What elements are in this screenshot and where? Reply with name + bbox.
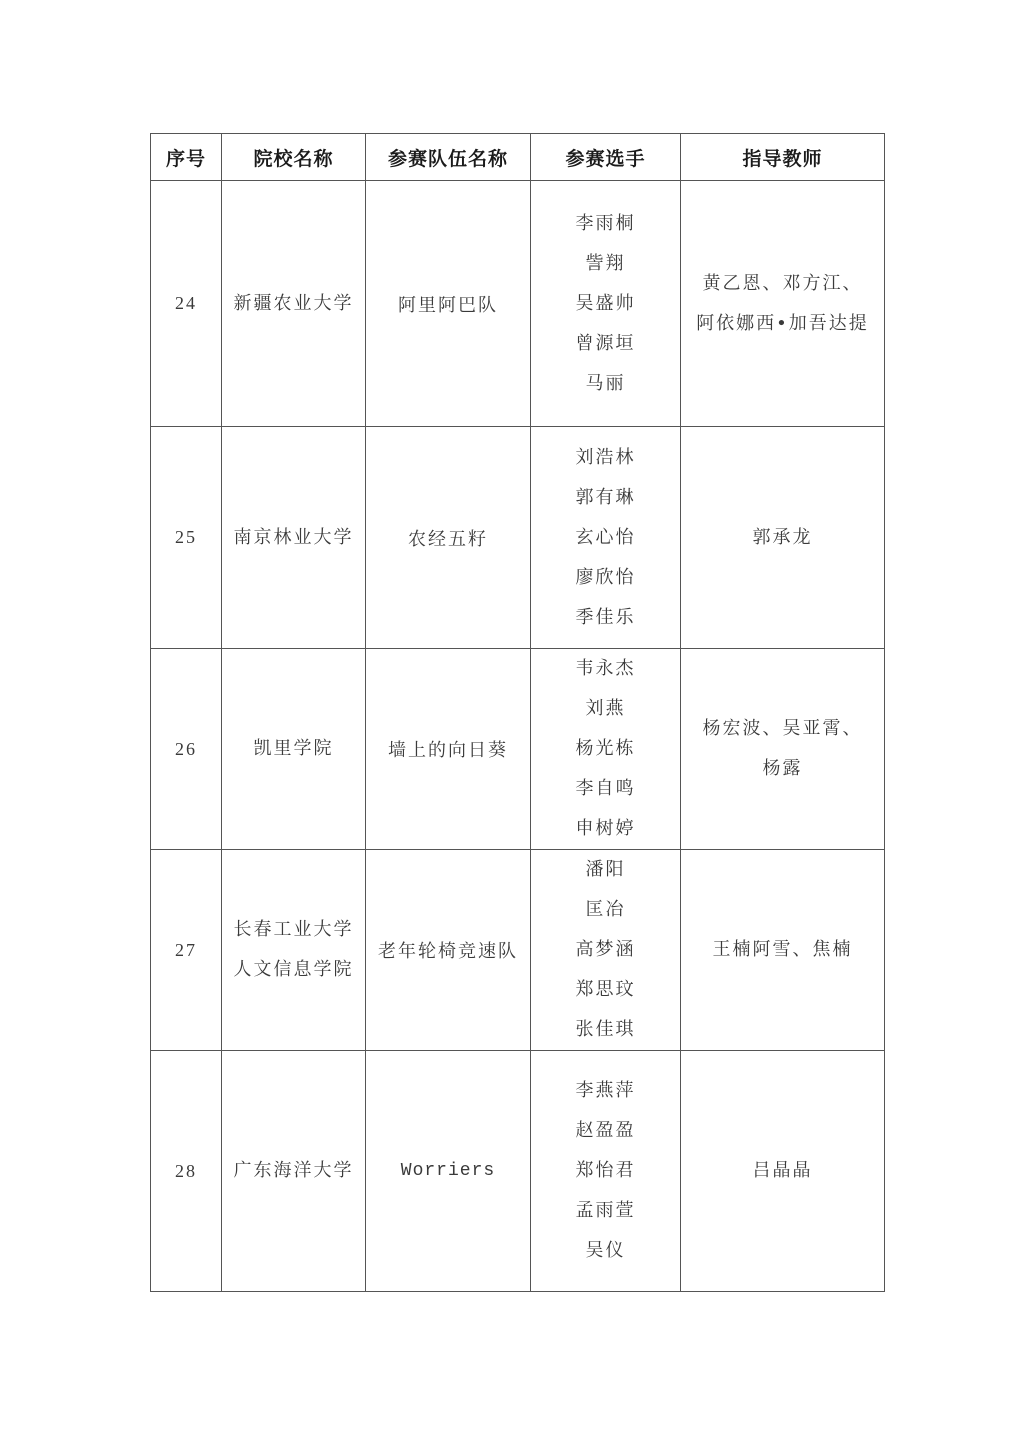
header-number: 序号 xyxy=(151,134,222,181)
advisor-line: 黄乙恩、邓方江、 xyxy=(681,264,884,304)
table-row: 27 长春工业大学 人文信息学院 老年轮椅竞速队 潘阳 匡冶 高梦涵 郑思玟 张… xyxy=(151,850,885,1051)
member-name: 郭有琳 xyxy=(531,478,680,518)
member-name: 高梦涵 xyxy=(531,930,680,970)
member-list: 李燕萍 赵盈盈 郑怡君 孟雨萱 吴仪 xyxy=(531,1051,681,1292)
member-name: 刘燕 xyxy=(531,689,680,729)
advisor-list: 王楠阿雪、焦楠 xyxy=(681,850,885,1051)
member-name: 郑怡君 xyxy=(531,1151,680,1191)
member-list: 刘浩林 郭有琳 玄心怡 廖欣怡 季佳乐 xyxy=(531,427,681,649)
school-name: 新疆农业大学 xyxy=(222,181,366,427)
row-number: 26 xyxy=(151,649,222,850)
member-list: 韦永杰 刘燕 杨光栋 李自鸣 申树婷 xyxy=(531,649,681,850)
school-line: 长春工业大学 xyxy=(222,910,365,950)
table-header-row: 序号 院校名称 参赛队伍名称 参赛选手 指导教师 xyxy=(151,134,885,181)
member-name: 玄心怡 xyxy=(531,518,680,558)
member-name: 杨光栋 xyxy=(531,729,680,769)
member-name: 吴盛帅 xyxy=(531,284,680,324)
school-line: 新疆农业大学 xyxy=(222,284,365,324)
header-advisors: 指导教师 xyxy=(681,134,885,181)
member-name: 韦永杰 xyxy=(531,649,680,689)
team-name: Worriers xyxy=(366,1051,531,1292)
member-list: 李雨桐 訾翔 吴盛帅 曾源垣 马丽 xyxy=(531,181,681,427)
table-row: 25 南京林业大学 农经五籽 刘浩林 郭有琳 玄心怡 廖欣怡 季佳乐 郭承龙 xyxy=(151,427,885,649)
member-name: 申树婷 xyxy=(531,809,680,849)
team-name: 墙上的向日葵 xyxy=(366,649,531,850)
header-members: 参赛选手 xyxy=(531,134,681,181)
school-line: 南京林业大学 xyxy=(222,518,365,558)
advisor-list: 吕晶晶 xyxy=(681,1051,885,1292)
member-name: 刘浩林 xyxy=(531,438,680,478)
table-row: 28 广东海洋大学 Worriers 李燕萍 赵盈盈 郑怡君 孟雨萱 吴仪 吕晶… xyxy=(151,1051,885,1292)
advisor-line: 吕晶晶 xyxy=(681,1151,884,1191)
member-name: 匡冶 xyxy=(531,890,680,930)
member-name: 赵盈盈 xyxy=(531,1111,680,1151)
row-number: 28 xyxy=(151,1051,222,1292)
school-name: 长春工业大学 人文信息学院 xyxy=(222,850,366,1051)
advisor-line: 杨露 xyxy=(681,749,884,789)
member-name: 吴仪 xyxy=(531,1231,680,1271)
advisor-line: 杨宏波、吴亚霄、 xyxy=(681,709,884,749)
member-name: 李燕萍 xyxy=(531,1071,680,1111)
table-row: 24 新疆农业大学 阿里阿巴队 李雨桐 訾翔 吴盛帅 曾源垣 马丽 黄乙恩、邓方… xyxy=(151,181,885,427)
header-school: 院校名称 xyxy=(222,134,366,181)
header-team: 参赛队伍名称 xyxy=(366,134,531,181)
school-name: 广东海洋大学 xyxy=(222,1051,366,1292)
school-line: 凯里学院 xyxy=(222,729,365,769)
team-name: 阿里阿巴队 xyxy=(366,181,531,427)
advisor-line: 阿依娜西•加吾达提 xyxy=(681,304,884,344)
row-number: 27 xyxy=(151,850,222,1051)
advisor-list: 黄乙恩、邓方江、 阿依娜西•加吾达提 xyxy=(681,181,885,427)
competition-roster-table: 序号 院校名称 参赛队伍名称 参赛选手 指导教师 24 新疆农业大学 阿里阿巴队… xyxy=(150,133,885,1292)
member-name: 曾源垣 xyxy=(531,324,680,364)
member-name: 訾翔 xyxy=(531,244,680,284)
team-name: 农经五籽 xyxy=(366,427,531,649)
school-line: 人文信息学院 xyxy=(222,950,365,990)
member-name: 郑思玟 xyxy=(531,970,680,1010)
advisor-list: 杨宏波、吴亚霄、 杨露 xyxy=(681,649,885,850)
member-name: 李雨桐 xyxy=(531,204,680,244)
advisor-list: 郭承龙 xyxy=(681,427,885,649)
member-name: 李自鸣 xyxy=(531,769,680,809)
school-line: 广东海洋大学 xyxy=(222,1151,365,1191)
row-number: 24 xyxy=(151,181,222,427)
member-name: 马丽 xyxy=(531,364,680,404)
table-row: 26 凯里学院 墙上的向日葵 韦永杰 刘燕 杨光栋 李自鸣 申树婷 杨宏波、吴亚… xyxy=(151,649,885,850)
member-name: 孟雨萱 xyxy=(531,1191,680,1231)
document-page: 序号 院校名称 参赛队伍名称 参赛选手 指导教师 24 新疆农业大学 阿里阿巴队… xyxy=(0,0,1024,1448)
member-name: 潘阳 xyxy=(531,850,680,890)
member-name: 季佳乐 xyxy=(531,598,680,638)
school-name: 凯里学院 xyxy=(222,649,366,850)
school-name: 南京林业大学 xyxy=(222,427,366,649)
member-list: 潘阳 匡冶 高梦涵 郑思玟 张佳琪 xyxy=(531,850,681,1051)
row-number: 25 xyxy=(151,427,222,649)
advisor-line: 郭承龙 xyxy=(681,518,884,558)
advisor-line: 王楠阿雪、焦楠 xyxy=(681,930,884,970)
member-name: 廖欣怡 xyxy=(531,558,680,598)
member-name: 张佳琪 xyxy=(531,1010,680,1050)
team-name: 老年轮椅竞速队 xyxy=(366,850,531,1051)
